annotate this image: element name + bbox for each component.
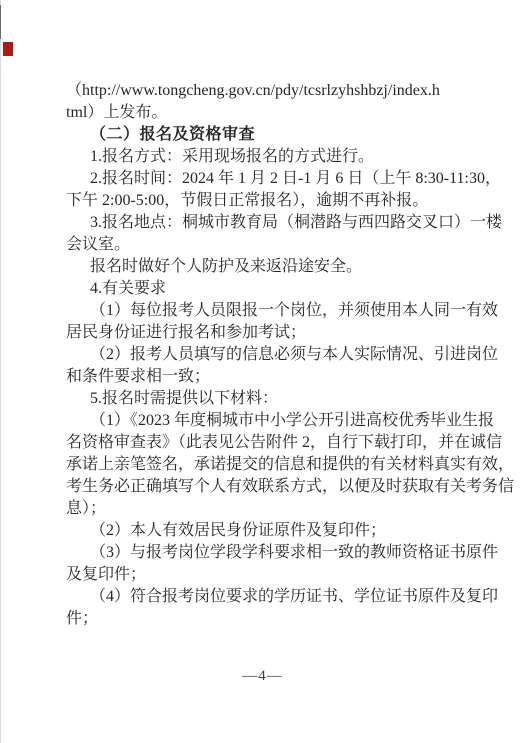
document-line: 居民身份证进行报名和参加考试； <box>66 322 466 344</box>
document-line: （1）每位报考人员限报一个岗位，并须使用本人同一有效 <box>66 300 466 322</box>
document-line: 会议室。 <box>66 234 466 256</box>
document-line: 息）； <box>66 498 466 520</box>
document-line: 4.有关要求 <box>66 278 466 300</box>
document-line: 下午 2:00-5:00，节假日正常报名），逾期不再补报。 <box>66 190 466 212</box>
document-line: （3）与报考岗位学段学科要求相一致的教师资格证书原件 <box>66 542 466 564</box>
document-line: 和条件要求相一致； <box>66 366 466 388</box>
document-line: 5.报名时需提供以下材料： <box>66 388 466 410</box>
document-line: 考生务必正确填写个人有效联系方式，以便及时获取有关考务信 <box>66 476 466 498</box>
document-line: 名资格审查表》（此表见公告附件 2，自行下载打印，并在诚信 <box>66 432 466 454</box>
document-line: 报名时做好个人防护及来返沿途安全。 <box>66 256 466 278</box>
document-body: （http://www.tongcheng.gov.cn/pdy/tcsrlzy… <box>66 80 466 630</box>
red-corner-mark <box>3 42 13 56</box>
document-line: （2）本人有效居民身份证原件及复印件； <box>66 520 466 542</box>
document-line: 承诺上亲笔签名，承诺提交的信息和提供的有关材料真实有效， <box>66 454 466 476</box>
document-line: （4）符合报考岗位要求的学历证书、学位证书原件及复印 <box>66 586 466 608</box>
scan-edge-artifact <box>0 0 1 743</box>
document-line: 及复印件； <box>66 564 466 586</box>
page-number: —4— <box>0 668 525 685</box>
document-line: tml）上发布。 <box>66 102 466 124</box>
document-line: （1）《2023 年度桐城市中小学公开引进高校优秀毕业生报 <box>66 410 466 432</box>
document-line: 3.报名地点：桐城市教育局（桐潜路与西四路交叉口）一楼 <box>66 212 466 234</box>
document-line: 件； <box>66 608 466 630</box>
document-line: 1.报名方式：采用现场报名的方式进行。 <box>66 146 466 168</box>
document-line: （http://www.tongcheng.gov.cn/pdy/tcsrlzy… <box>66 80 466 102</box>
document-page: （http://www.tongcheng.gov.cn/pdy/tcsrlzy… <box>0 0 525 743</box>
section-heading: （二）报名及资格审查 <box>66 124 466 146</box>
document-line: （2）报考人员填写的信息必须与本人实际情况、引进岗位 <box>66 344 466 366</box>
scan-edge-artifact-dark <box>0 5 1 39</box>
document-line: 2.报名时间：2024 年 1 月 2 日-1 月 6 日（上午 8:30-11… <box>66 168 466 190</box>
